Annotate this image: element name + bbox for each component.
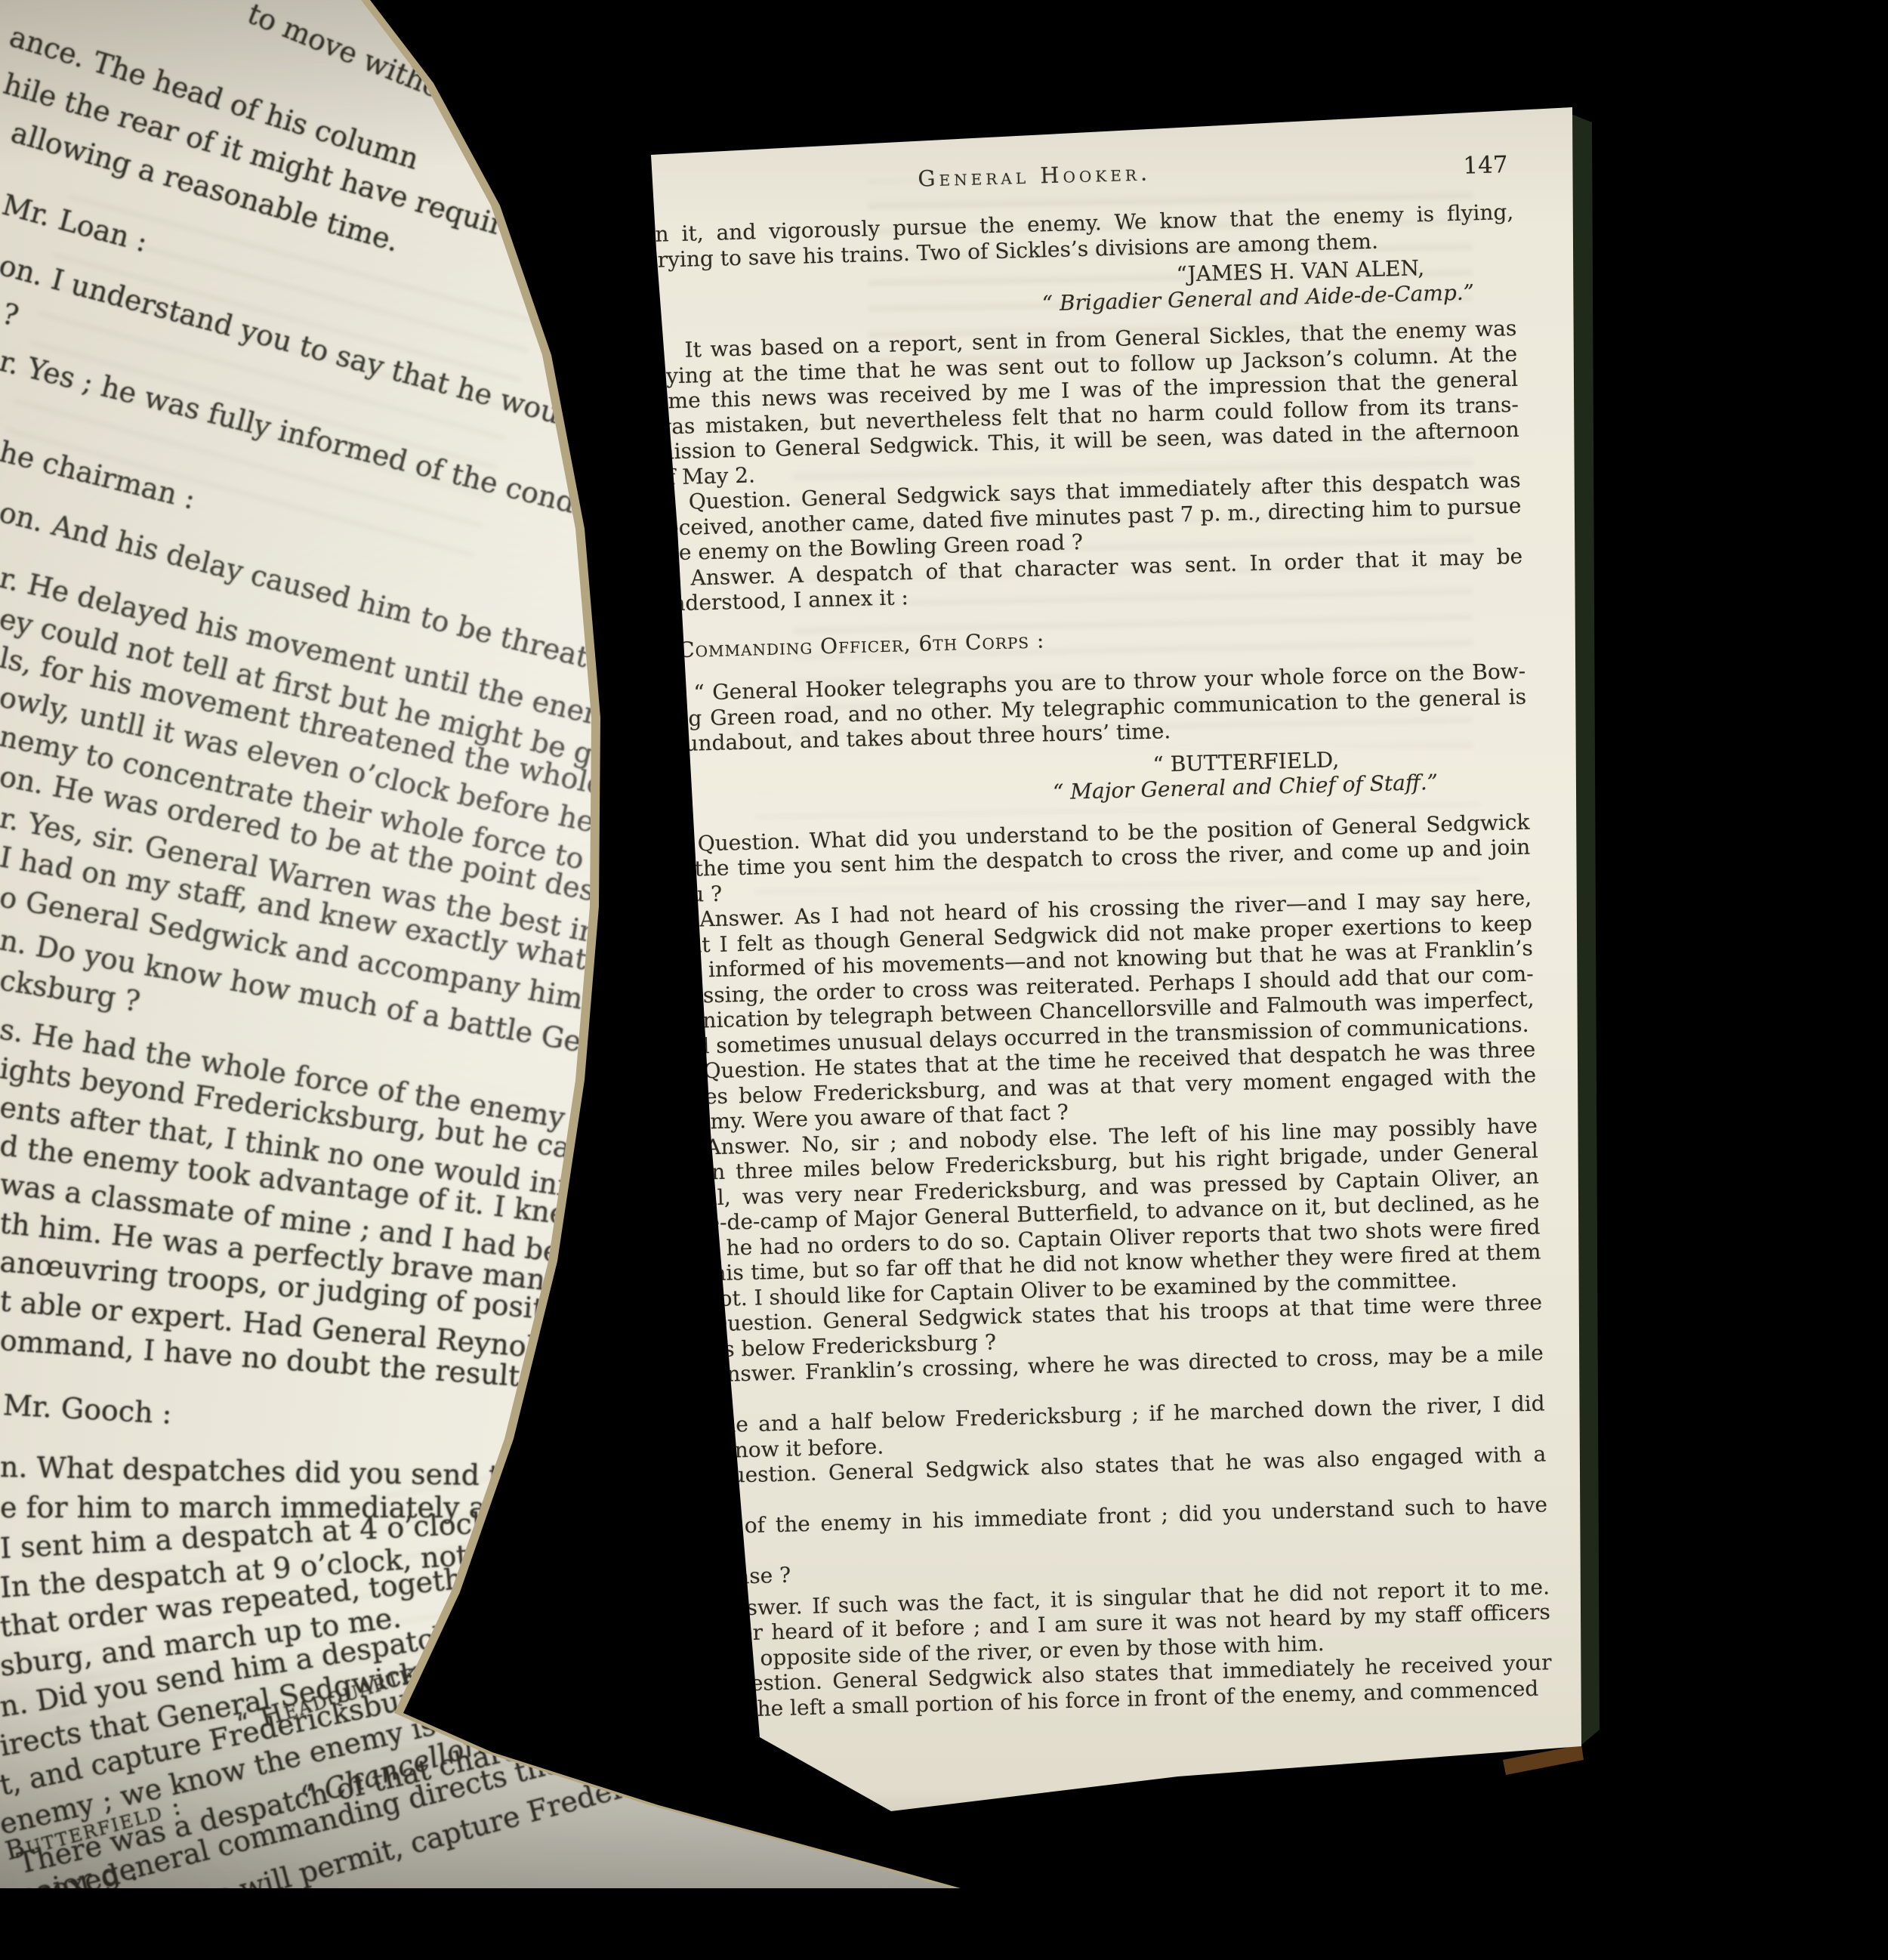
paragraph: “ Commanding Officer, 6th Corps : [659,615,1525,662]
running-head: General Hooker. [646,153,1422,199]
paragraph: Question. General Sedgwick also states t… [680,1441,1549,1590]
paragraph: Answer. No, sir ; and nobody else. The l… [672,1113,1542,1312]
right-page-text: General Hooker. 147 in it, and vigorousl… [646,137,1553,1723]
left-page-line: Mr. Loan : [0,188,151,259]
page-text-line: “ Commanding Officer, 6th Corps : [659,615,1525,662]
left-page-line: Mr. Gooch : [2,1388,173,1431]
left-page-line: ? [0,297,22,333]
paragraph: It was based on a report, sent in from G… [651,316,1520,490]
photo-scene: General Hooker. 147 in it, and vigorousl… [0,0,1888,1888]
paragraph: “ General Hooker telegraphs you are to t… [660,659,1527,757]
left-page-line: on. I understand you to say that he woul… [0,248,590,437]
left-page-line: hile the rear of it might have required … [0,67,675,290]
left-page-line: n. What despatches did you send to Gener… [0,1450,671,1495]
left-page-line: r. Yes ; he was fully informed of the co… [0,344,625,531]
paragraph: Answer. As I had not heard of his crossi… [666,885,1535,1060]
left-page-line: taken so man [582,0,769,112]
page-number: 147 [1463,153,1508,179]
